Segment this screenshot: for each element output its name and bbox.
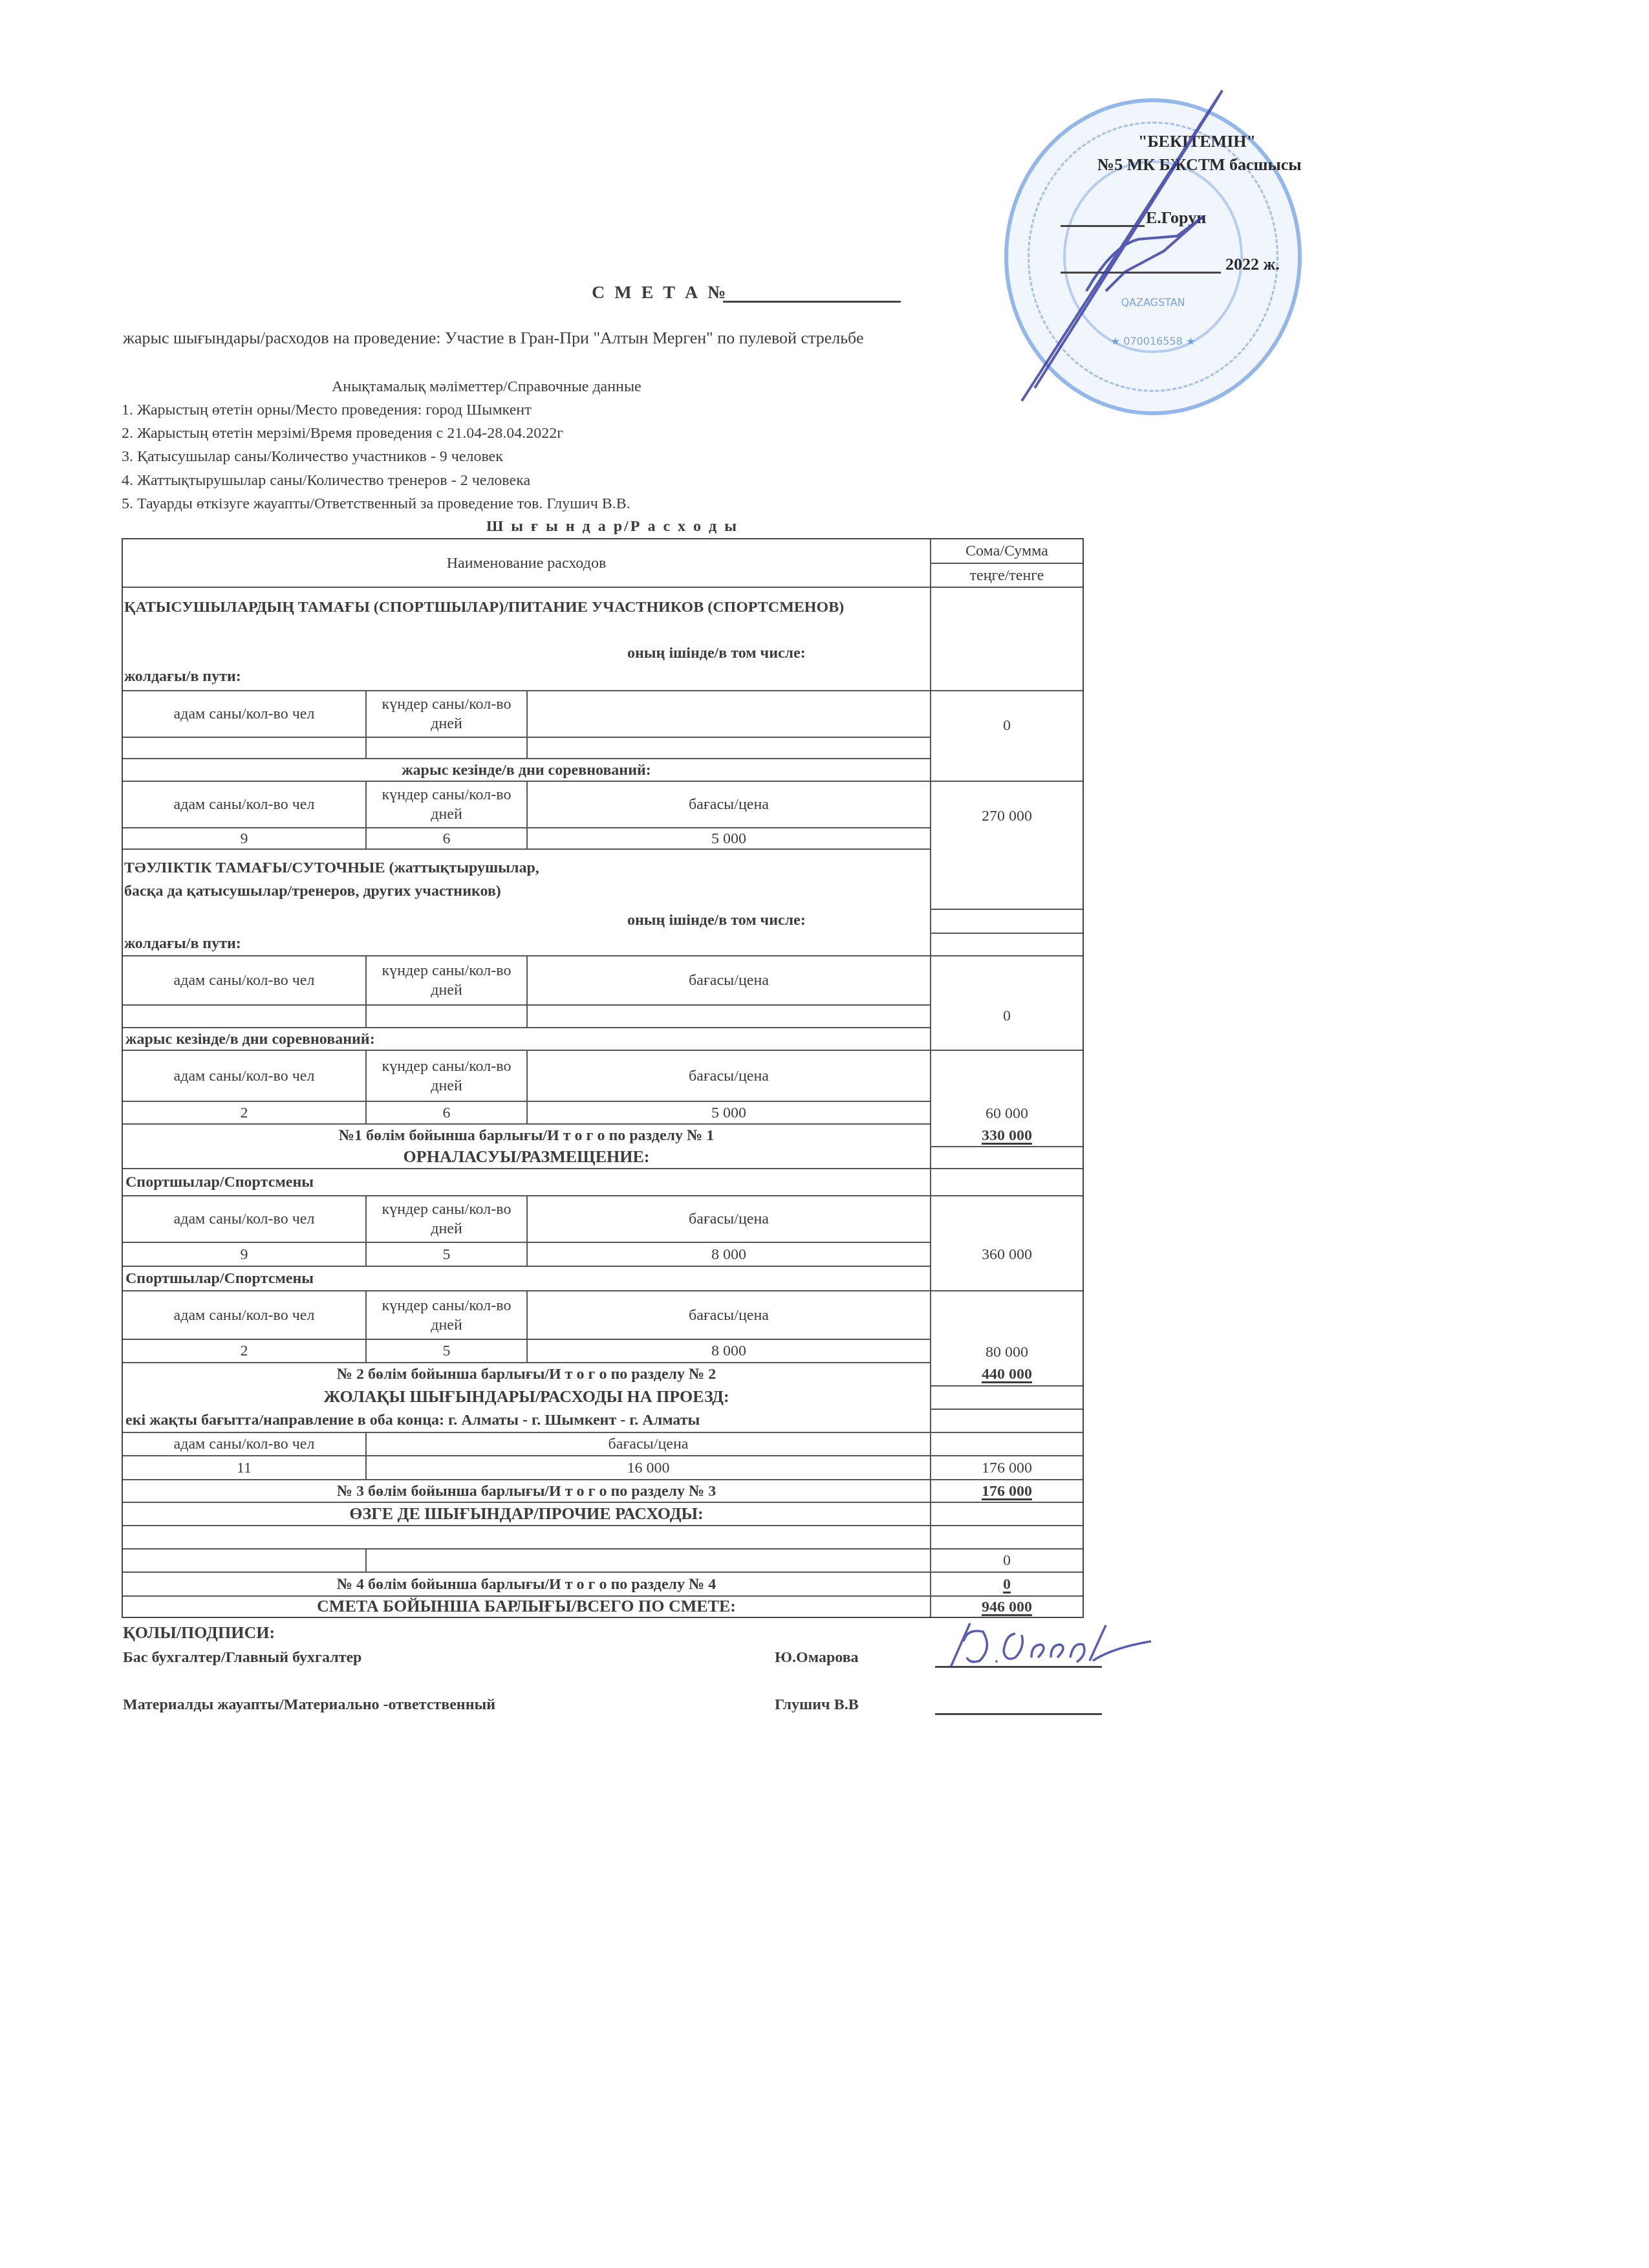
price-value: 5 000 <box>526 828 930 848</box>
on-road-label: жолдағы/в пути: <box>124 935 241 953</box>
days-value: 5 <box>365 1243 526 1266</box>
people-value: 2 <box>123 1102 365 1123</box>
sum-value: 80 000 <box>930 1291 1083 1363</box>
header-name: Наименование расходов <box>123 539 930 587</box>
table-row: 0 <box>123 1548 1083 1571</box>
including-label: оның ішінде/в том числе: <box>627 645 806 662</box>
days-value: 6 <box>365 828 526 848</box>
section3-title: ЖОЛАҚЫ ШЫҒЫНДАРЫ/РАСХОДЫ НА ПРОЕЗД: <box>123 1385 930 1409</box>
approval-signature <box>1009 78 1280 414</box>
group-label-row: Спортшылар/Спортсмены <box>123 1266 1083 1290</box>
sum-value: 270 000 <box>930 782 1083 850</box>
during-comp-label: жарыс кезінде/в дни соревнований: <box>123 759 930 781</box>
col-days: күндер саны/кол-во дней <box>365 1196 526 1242</box>
subtable-header: адам саны/кол-во чел күндер саны/кол-во … <box>123 1050 1083 1101</box>
per-diem-title: ТӘУЛІКТІК ТАМАҒЫ/СУТОЧНЫЕ (жаттықтырушыл… <box>124 856 577 903</box>
price-value: 8 000 <box>526 1340 930 1362</box>
grand-total-label: СМЕТА БОЙЫНША БАРЛЫҒЫ/ВСЕГО ПО СМЕТЕ: <box>123 1597 930 1617</box>
accountant-signature <box>944 1622 1158 1674</box>
subtable-header: адам саны/кол-во чел күндер саны/кол-во … <box>123 690 1083 737</box>
col-people: адам саны/кол-во чел <box>123 1433 365 1455</box>
people-value: 2 <box>123 1340 365 1362</box>
col-people: адам саны/кол-во чел <box>123 691 365 737</box>
header-sum: Сома/Сумма <box>930 539 1083 563</box>
col-price: бағасы/цена <box>526 1051 930 1101</box>
col-price: бағасы/цена <box>526 782 930 827</box>
section2-heading: ОРНАЛАСУЫ/РАЗМЕЩЕНИЕ: <box>123 1146 1083 1168</box>
direction-label: екі жақты бағытта/направление в оба конц… <box>123 1409 930 1432</box>
during-comp-label: жарыс кезінде/в дни соревнований: <box>123 1028 930 1050</box>
col-price <box>526 691 930 737</box>
price-value: 16 000 <box>365 1456 930 1479</box>
subtable-header: адам саны/кол-во чел күндер саны/кол-во … <box>123 955 1083 1004</box>
sum-value: 60 000 <box>930 1051 1083 1125</box>
on-road-label: жолдағы/в пути: <box>124 668 241 686</box>
including-label: оның ішінде/в том числе: <box>627 912 806 929</box>
group-label-row: Спортшылар/Спортсмены <box>123 1168 1083 1195</box>
expenses-table: Наименование расходов Сома/Сумма теңге/т… <box>122 538 1084 1618</box>
signature-role: Материалды жауапты/Материально -ответств… <box>123 1696 495 1714</box>
section1-title: ҚАТЫСУШЫЛАРДЫҢ ТАМАҒЫ (СПОРТШЫЛАР)/ПИТАН… <box>124 596 868 619</box>
sum-value: 360 000 <box>930 1196 1083 1267</box>
col-days: күндер саны/кол-во дней <box>365 956 526 1004</box>
col-people: адам саны/кол-во чел <box>123 1051 365 1101</box>
subtable-header: адам саны/кол-во чел күндер саны/кол-во … <box>123 1290 1083 1339</box>
document-number-line <box>723 301 901 303</box>
col-price: бағасы/цена <box>526 1291 930 1339</box>
total1-label: №1 бөлім бойынша барлығы/И т о г о по ра… <box>123 1125 930 1146</box>
subtable-header: адам саны/кол-во чел бағасы/цена <box>123 1432 1083 1455</box>
subtable-header: адам саны/кол-во чел күндер саны/кол-во … <box>123 781 1083 827</box>
road-sum: 0 <box>930 691 1083 759</box>
section3-heading: ЖОЛАҚЫ ШЫҒЫНДАРЫ/РАСХОДЫ НА ПРОЕЗД: <box>123 1385 1083 1409</box>
total-row-3: № 3 бөлім бойынша барлығы/И т о г о по р… <box>123 1479 1083 1502</box>
signature-name: Глушич В.В <box>775 1696 859 1714</box>
col-price: бағасы/цена <box>526 1196 930 1242</box>
table-row: 11 16 000 176 000 <box>123 1455 1083 1479</box>
signature-role: Бас бухгалтер/Главный бухгалтер <box>123 1649 361 1667</box>
signature-name: Ю.Омарова <box>775 1649 859 1667</box>
col-people: адам саны/кол-во чел <box>123 956 365 1004</box>
col-people: адам саны/кол-во чел <box>123 1291 365 1339</box>
days-value: 6 <box>365 1102 526 1123</box>
price-value: 5 000 <box>526 1102 930 1123</box>
grand-total-row: СМЕТА БОЙЫНША БАРЛЫҒЫ/ВСЕГО ПО СМЕТЕ: 94… <box>123 1595 1083 1617</box>
col-days: күндер саны/кол-во дней <box>365 1051 526 1101</box>
document-title: С М Е Т А № <box>592 283 728 303</box>
road-sum: 0 <box>930 956 1083 1028</box>
total3-label: № 3 бөлім бойынша барлығы/И т о г о по р… <box>123 1480 930 1502</box>
group-label: Спортшылар/Спортсмены <box>123 1169 930 1195</box>
price-value: 8 000 <box>526 1243 930 1266</box>
subtable-header: адам саны/кол-во чел күндер саны/кол-во … <box>123 1195 1083 1242</box>
days-value: 5 <box>365 1340 526 1362</box>
section2-title: ОРНАЛАСУЫ/РАЗМЕЩЕНИЕ: <box>123 1146 930 1168</box>
direction-row: екі жақты бағытта/направление в оба конц… <box>123 1409 1083 1432</box>
total-row-1: №1 бөлім бойынша барлығы/И т о г о по ра… <box>123 1123 1083 1146</box>
expenses-heading: Ш ы ғ ы н д а р/Р а с х о д ы <box>486 518 738 535</box>
header-currency: теңге/тенге <box>930 563 1083 587</box>
table-row <box>123 1525 1083 1548</box>
document-subtitle: жарыс шығындары/расходов на проведение: … <box>123 329 863 348</box>
during-comp-row: жарыс кезінде/в дни соревнований: <box>123 758 1083 781</box>
total1-sum: 330 000 <box>982 1126 1032 1145</box>
col-people: адам саны/кол-во чел <box>123 782 365 827</box>
col-days: күндер саны/кол-во дней <box>365 782 526 827</box>
signature-line <box>935 1713 1102 1715</box>
grand-total-sum: 946 000 <box>982 1597 1032 1617</box>
col-days: күндер саны/кол-во дней <box>365 691 526 737</box>
sum-value: 0 <box>930 1550 1083 1571</box>
reference-item: 5. Тауарды өткізуге жауапты/Ответственны… <box>122 495 630 513</box>
total2-sum: 440 000 <box>982 1365 1032 1384</box>
total-row-2: № 2 бөлім бойынша барлығы/И т о г о по р… <box>123 1362 1083 1385</box>
reference-item: 3. Қатысушылар саны/Количество участнико… <box>122 448 503 466</box>
total2-label: № 2 бөлім бойынша барлығы/И т о г о по р… <box>123 1363 930 1385</box>
sum-value: 176 000 <box>930 1456 1083 1479</box>
reference-item: 4. Жаттықтырушылар саны/Количество трене… <box>122 472 530 490</box>
signatures-heading: ҚОЛЫ/ПОДПИСИ: <box>123 1623 275 1643</box>
people-value: 11 <box>123 1456 365 1479</box>
total-row-4: № 4 бөлім бойынша барлығы/И т о г о по р… <box>123 1571 1083 1595</box>
reference-item: 1. Жарыстың өтетін орны/Место проведения… <box>122 402 532 419</box>
people-value: 9 <box>123 1243 365 1266</box>
section4-heading: ӨЗГЕ ДЕ ШЫҒЫНДАР/ПРОЧИЕ РАСХОДЫ: <box>123 1502 1083 1525</box>
per-diem-heading: ТӘУЛІКТІК ТАМАҒЫ/СУТОЧНЫЕ (жаттықтырушыл… <box>123 848 1083 955</box>
col-people: адам саны/кол-во чел <box>123 1196 365 1242</box>
group-label: Спортшылар/Спортсмены <box>123 1267 930 1290</box>
during-comp-row: жарыс кезінде/в дни соревнований: <box>123 1027 1083 1050</box>
reference-item: 2. Жарыстың өтетін мерзімі/Время проведе… <box>122 425 563 442</box>
total4-label: № 4 бөлім бойынша барлығы/И т о г о по р… <box>123 1573 930 1595</box>
col-price: бағасы/цена <box>526 956 930 1004</box>
section4-title: ӨЗГЕ ДЕ ШЫҒЫНДАР/ПРОЧИЕ РАСХОДЫ: <box>123 1503 930 1525</box>
reference-heading: Анықтамалық мәліметтер/Справочные данные <box>332 378 641 396</box>
col-price: бағасы/цена <box>365 1433 930 1455</box>
total4-sum: 0 <box>1003 1575 1011 1594</box>
total3-sum: 176 000 <box>982 1482 1032 1501</box>
col-days: күндер саны/кол-во дней <box>365 1291 526 1339</box>
people-value: 9 <box>123 828 365 848</box>
section1-heading: ҚАТЫСУШЫЛАРДЫҢ ТАМАҒЫ (СПОРТШЫЛАР)/ПИТАН… <box>123 587 1083 690</box>
table-header: Наименование расходов Сома/Сумма теңге/т… <box>123 539 1083 587</box>
